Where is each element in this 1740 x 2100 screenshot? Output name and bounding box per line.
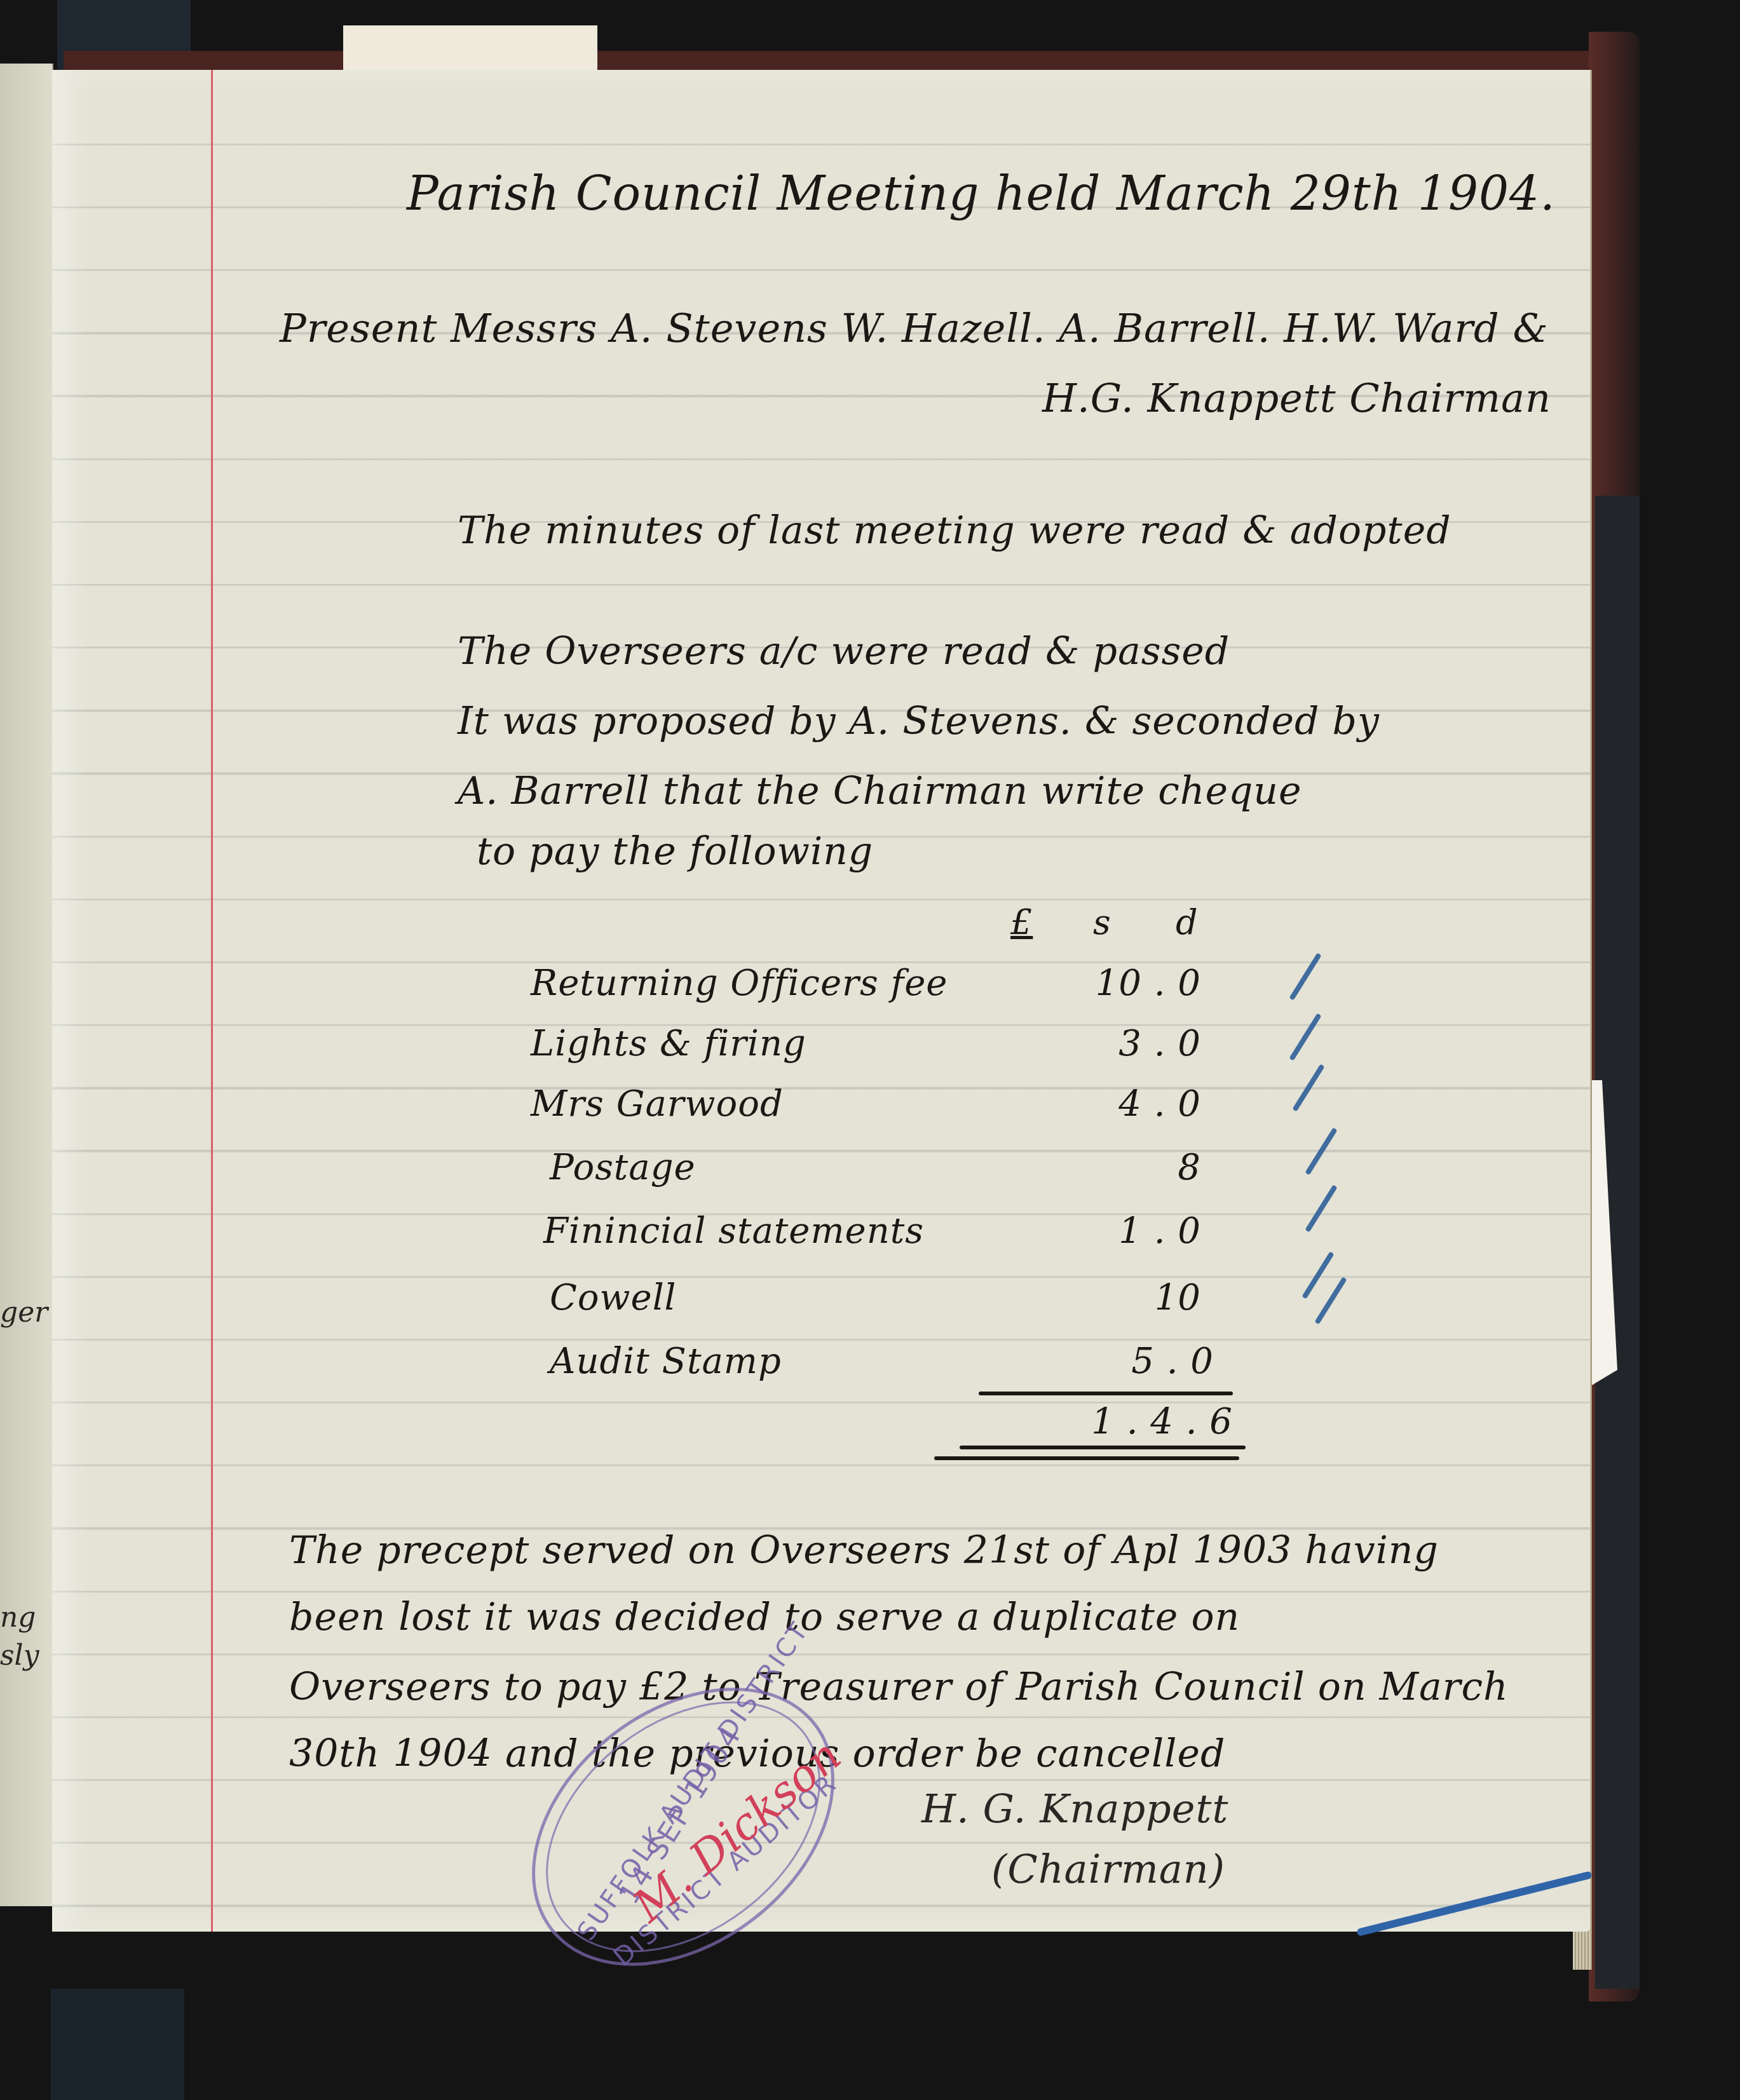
left-page-fragment: ger (0, 1296, 48, 1329)
column-header-shillings: s (1093, 902, 1111, 942)
total-double-rule (934, 1456, 1239, 1460)
attendees-line-1: Present Messrs A. Stevens W. Hazell. A. … (280, 305, 1549, 351)
resolution-line: The Overseers a/c were read & passed (458, 629, 1230, 674)
item-amount: 8 (1074, 1147, 1201, 1188)
total-amount: 1 . 4 . 6 (1080, 1401, 1233, 1442)
precept-line: been lost it was decided to serve a dupl… (289, 1595, 1240, 1639)
subtotal-rule (979, 1392, 1233, 1395)
item-label: Audit Stamp (550, 1341, 782, 1382)
column-header-pence: d (1176, 902, 1199, 942)
item-amount: 1 . 0 (1074, 1210, 1201, 1252)
item-amount: 10 (1074, 1277, 1201, 1318)
item-amount: 3 . 0 (1074, 1023, 1201, 1064)
attendees-line-2: H.G. Knappett Chairman (1042, 375, 1551, 421)
left-page-fragment: sly (0, 1639, 39, 1672)
item-label: Cowell (550, 1277, 676, 1318)
signature-role: (Chairman) (991, 1846, 1225, 1892)
item-label: Lights & firing (531, 1023, 806, 1064)
precept-line: Overseers to pay £2 to Treasurer of Pari… (289, 1665, 1509, 1709)
margin-rule (211, 70, 213, 1932)
column-header-pounds: £ (1010, 902, 1033, 942)
inserted-paper-slip-top (343, 25, 597, 73)
total-double-rule (960, 1446, 1246, 1449)
resolution-line: It was proposed by A. Stevens. & seconde… (458, 699, 1380, 743)
item-amount: 10 . 0 (1074, 963, 1201, 1004)
book-spine-bottom (51, 1989, 184, 2100)
resolution-line: to pay the following (477, 829, 873, 874)
item-label: Finincial statements (543, 1210, 924, 1252)
signature-name: H. G. Knappett (921, 1785, 1228, 1832)
precept-line: The precept served on Overseers 21st of … (289, 1528, 1439, 1573)
left-page-edge: ger ng sly (0, 64, 53, 1906)
item-amount: 5 . 0 (1087, 1341, 1214, 1382)
item-label: Postage (550, 1147, 696, 1188)
left-page-fragment: ng (0, 1601, 36, 1634)
resolution-line: A. Barrell that the Chairman write chequ… (458, 769, 1302, 813)
item-label: Mrs Garwood (531, 1083, 784, 1125)
page-title: Parish Council Meeting held March 29th 1… (407, 166, 1556, 221)
item-amount: 4 . 0 (1074, 1083, 1201, 1125)
item-label: Returning Officers fee (531, 963, 948, 1004)
minutes-adopted-line: The minutes of last meeting were read & … (458, 508, 1451, 553)
